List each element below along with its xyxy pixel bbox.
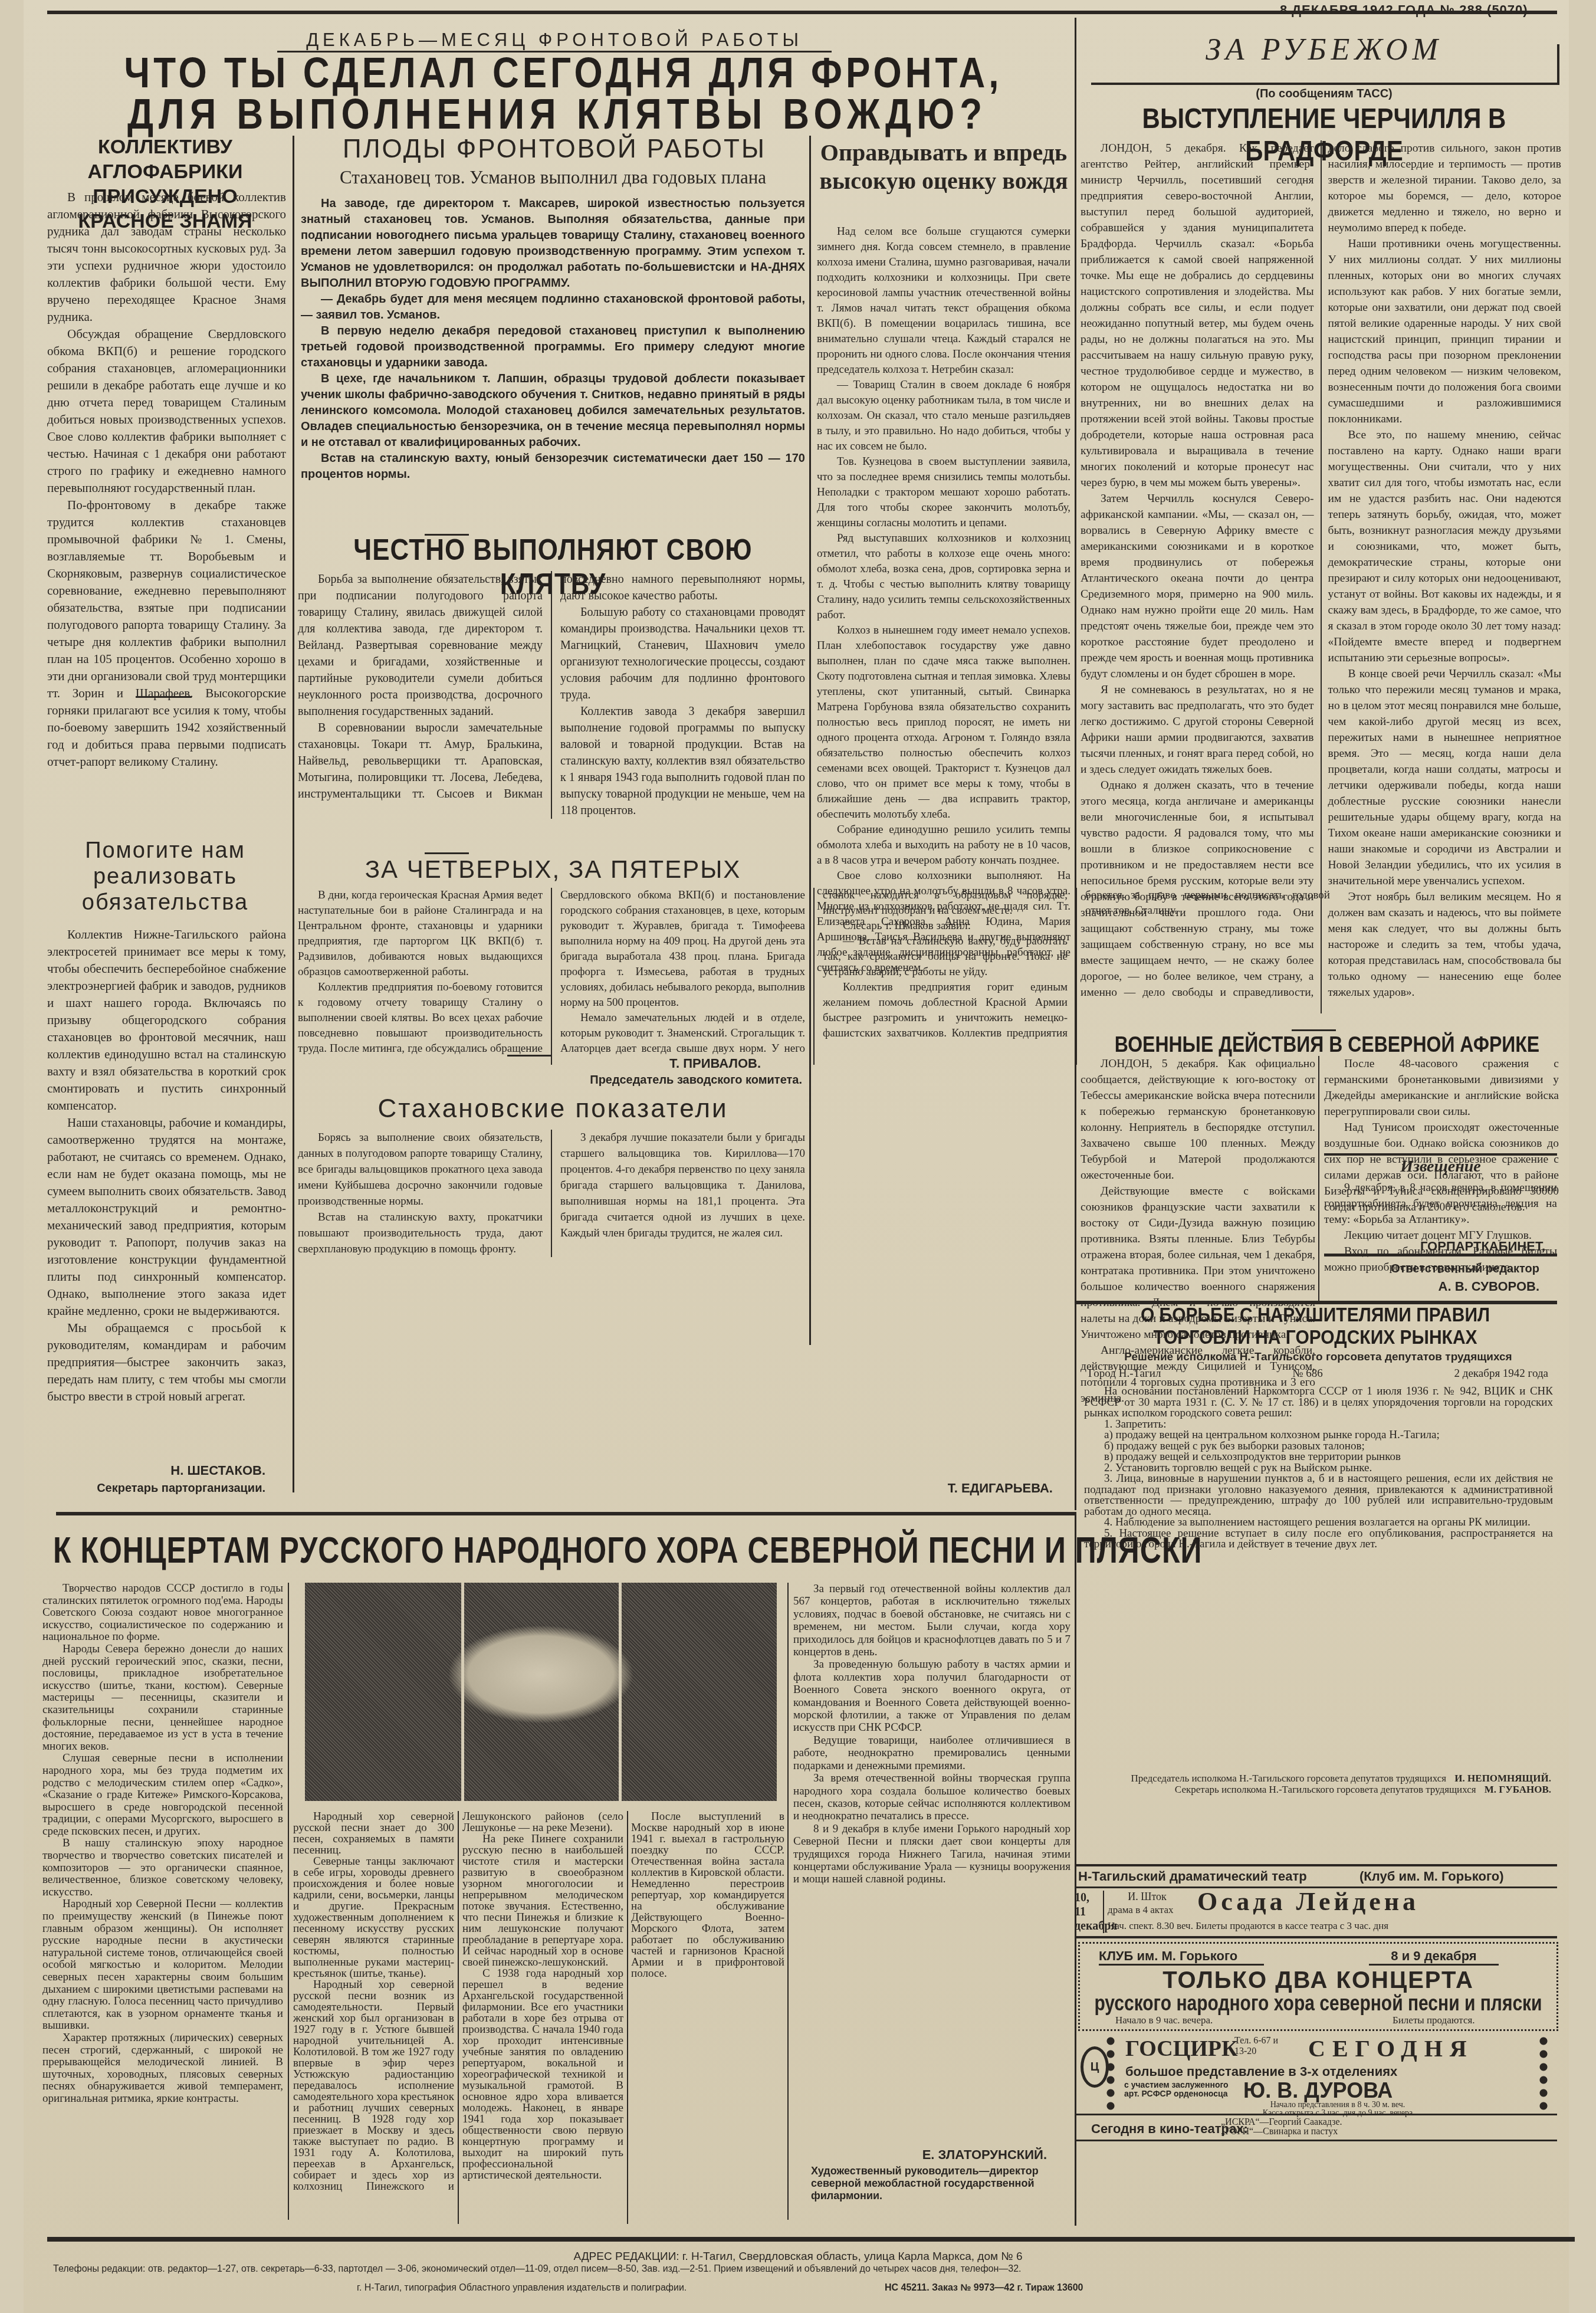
choir-col-2: Народный хор северной русской песни знае…	[293, 1811, 623, 2224]
notice-body: 9 декабря, в 8 часов вечера, в помещении…	[1324, 1180, 1557, 1275]
club-tickets: Билеты продаются.	[1393, 2015, 1475, 2026]
article-title: Стахановские показатели	[301, 1094, 805, 1124]
col-divider	[288, 1583, 289, 2220]
signature-role: Председатель заводского комитета.	[560, 1074, 802, 1087]
separator	[1076, 1301, 1557, 1304]
signature: Т. ПРИВАЛОВ.	[560, 1056, 761, 1071]
notice-title: Извещение	[1324, 1157, 1557, 1176]
africa-title: ВОЕННЫЕ ДЕЙСТВИЯ В СЕВЕРНОЙ АФРИКЕ	[1097, 1032, 1557, 1057]
footer-print-info: НС 45211. Заказ № 9973—42 г. Тираж 13600	[885, 2283, 1083, 2294]
photo-panel-2	[462, 1583, 622, 1801]
circus-line2: с участием заслуженного арт. РСФСР орден…	[1124, 2081, 1236, 2098]
source-note: (По сообщениям ТАСС)	[1091, 87, 1557, 101]
section-title: ЗА РУБЕЖОМ	[1091, 32, 1557, 67]
section-rule	[56, 1512, 1076, 1515]
theatre-dates: 10, 11 декабря	[1075, 1891, 1104, 1933]
circus-ad: Ц ГОСЦИРК Тел. 6-67 и 13-20 СЕГОДНЯ боль…	[1078, 2029, 1555, 2117]
photo-panel-1	[305, 1583, 464, 1801]
circus-emblem-icon: Ц	[1081, 2046, 1109, 2088]
editor-role: Ответственный редактор	[1324, 1262, 1539, 1276]
article-body: В прошлом месяце боевой коллектив агломе…	[47, 189, 286, 770]
signature-block: Председатель исполкома Н.-Тагильского го…	[1115, 1773, 1551, 1784]
col-divider	[1318, 1056, 1319, 1301]
separator	[1076, 1864, 1557, 1866]
footer-rule	[47, 2237, 1575, 2242]
signature: Е. ЗЛАТОРУНСКИЙ.	[793, 2147, 1047, 2163]
main-headline-2: ДЛЯ ВЫПОЛНЕНИЯ КЛЯТВЫ ВОЖДЮ?	[59, 91, 1056, 139]
cinema-list: „ИСКРА“—Георгий Саакадзе. „ГОРН“—Свинарк…	[1221, 2118, 1342, 2137]
signature-role: Секретарь парторганизации.	[47, 1482, 265, 1495]
decree-number: № 686	[1292, 1367, 1322, 1380]
decree-signatures: Председатель исполкома Н.-Тагильского го…	[1115, 1773, 1551, 1795]
col-divider	[1075, 1512, 1076, 2226]
club-headline: ТОЛЬКО ДВА КОНЦЕРТА	[1080, 1967, 1556, 1994]
signature-block: Секретарь исполкома Н.-Тагильского горсо…	[1115, 1784, 1551, 1795]
choir-title: К КОНЦЕРТАМ РУССКОГО НАРОДНОГО ХОРА СЕВЕ…	[53, 1528, 1068, 1573]
separator	[1324, 1153, 1557, 1156]
dots-border-right	[1538, 2035, 1549, 2111]
col-divider	[293, 136, 294, 1492]
article-subtitle: Стахановец тов. Усманов выполнил два год…	[301, 167, 805, 188]
cinema-item: „ИСКРА“—Георгий Саакадзе.	[1221, 2118, 1342, 2127]
article-title: ПЛОДЫ ФРОНТОВОЙ РАБОТЫ	[304, 134, 805, 164]
club-start: Начало в 9 час. вечера.	[1115, 2015, 1213, 2026]
article-body: Коллектив Нижне-Тагильского района элект…	[47, 926, 286, 1405]
footer-address: АДРЕС РЕДАКЦИИ: г. Н-Тагил, Свердловская…	[0, 2250, 1596, 2263]
decree-body: На основании постановлений Наркомторга С…	[1084, 1386, 1553, 1550]
decree-title: О БОРЬБЕ С НАРУШИТЕЛЯМИ ПРАВИЛ ТОРГОВЛИ …	[1103, 1305, 1528, 1349]
editor-name: А. В. СУВОРОВ.	[1324, 1279, 1539, 1294]
article-body: Борьба за выполнение обязательств, взяты…	[298, 571, 805, 819]
club-name: КЛУБ им. М. Горького	[1099, 1948, 1264, 1966]
circus-name: ГОСЦИРК	[1125, 2036, 1238, 2062]
separator	[1076, 2114, 1557, 2115]
article-body: Борясь за выполнение своих обязательств,…	[298, 1130, 805, 1257]
decree-subtitle: Решение исполкома Н.-Тагильского горсове…	[1085, 1351, 1551, 1364]
theatre-name: Н-Тагильский драматический театр	[1078, 1869, 1326, 1884]
separator	[1076, 2140, 1557, 2141]
article-body: В дни, когда героическая Красная Армия в…	[298, 888, 805, 1065]
signature: ГОРПАРТКАБИНЕТ.	[1324, 1239, 1545, 1254]
separator	[1076, 1936, 1557, 1938]
circus-today: СЕГОДНЯ	[1308, 2035, 1474, 2062]
churchill-body: ЛОНДОН, 5 декабря. Как передает агентств…	[1081, 140, 1561, 1013]
footer-printer: г. Н-Тагил, типография Областного управл…	[357, 2283, 687, 2294]
article-body: Над селом все больше сгущаются сумерки з…	[817, 224, 1070, 976]
decree-meta: Город Н.-Тагил № 686 2 декабря 1942 года	[1088, 1367, 1548, 1380]
theatre-venue: (Клуб им. М. Горького)	[1359, 1869, 1548, 1884]
separator	[1292, 1029, 1336, 1031]
date-line: 8 ДЕКАБРЯ 1942 ГОДА № 288 (5070)	[1280, 2, 1528, 18]
decree-city: Город Н.-Тагил	[1088, 1367, 1161, 1380]
separator	[425, 852, 469, 854]
article-body: На заводе, где директором т. Максарев, ш…	[301, 196, 805, 483]
signature-role: Художественный руководитель—директор сев…	[811, 2165, 1065, 2202]
theatre-play: Осада Лейдена	[1197, 1887, 1445, 1917]
article-title: ЗА ЧЕТВЕРЫХ, ЗА ПЯТЕРЫХ	[301, 855, 805, 884]
choir-col-4: За первый год отечественной войны коллек…	[793, 1583, 1070, 1886]
choir-photo	[305, 1583, 777, 1801]
article-title: Оправдывать и впредь высокую оценку вожд…	[817, 139, 1070, 195]
circus-line1: большое представление в 3-х отделениях	[1125, 2064, 1397, 2079]
article-title: Помогите нам реализовать обязательства	[65, 838, 265, 916]
col-divider	[787, 1583, 789, 2220]
choir-col-3: После выступлений в Москве народный хор …	[631, 1811, 784, 2224]
cinema-item: „ГОРН“—Свинарка и пастух	[1221, 2127, 1342, 2137]
theatre-footer: Нач. спект. 8.30 веч. Билеты продаются в…	[1108, 1920, 1562, 1932]
signature: Н. ШЕСТАКОВ.	[47, 1463, 265, 1478]
col-divider	[809, 136, 811, 1345]
kicker: ДЕКАБРЬ—МЕСЯЦ ФРОНТОВОЙ РАБОТЫ	[277, 29, 832, 53]
club-subline: русского народного хора северной песни и…	[1080, 1992, 1556, 2016]
col-divider	[1075, 18, 1076, 1510]
col-divider	[627, 1811, 628, 2224]
circus-star: Ю. В. ДУРОВА	[1243, 2078, 1393, 2103]
club-dates: 8 и 9 декабря	[1369, 1948, 1499, 1966]
signature: Т. ЕДИГАРЬЕВА.	[817, 1481, 1053, 1496]
theatre-author: И. Шток	[1112, 1891, 1183, 1903]
club-concert-ad: КЛУБ им. М. Горького 8 и 9 декабря ТОЛЬК…	[1078, 1942, 1558, 2031]
circus-phone: Тел. 6-67 и 13-20	[1234, 2036, 1282, 2057]
separator	[507, 1055, 551, 1057]
main-headline-1: ЧТО ТЫ СДЕЛАЛ СЕГОДНЯ ДЛЯ ФРОНТА,	[41, 50, 1085, 98]
footer-phones: Телефоны редакции: отв. редактор—1-27, о…	[53, 2264, 1563, 2275]
theatre-genre: драма в 4 актах	[1108, 1904, 1190, 1916]
separator	[136, 696, 192, 698]
separator	[1324, 1254, 1557, 1256]
choir-col-1: Творчество народов СССР достигло в годы …	[42, 1583, 283, 2226]
decree-date: 2 декабря 1942 года	[1454, 1367, 1548, 1380]
